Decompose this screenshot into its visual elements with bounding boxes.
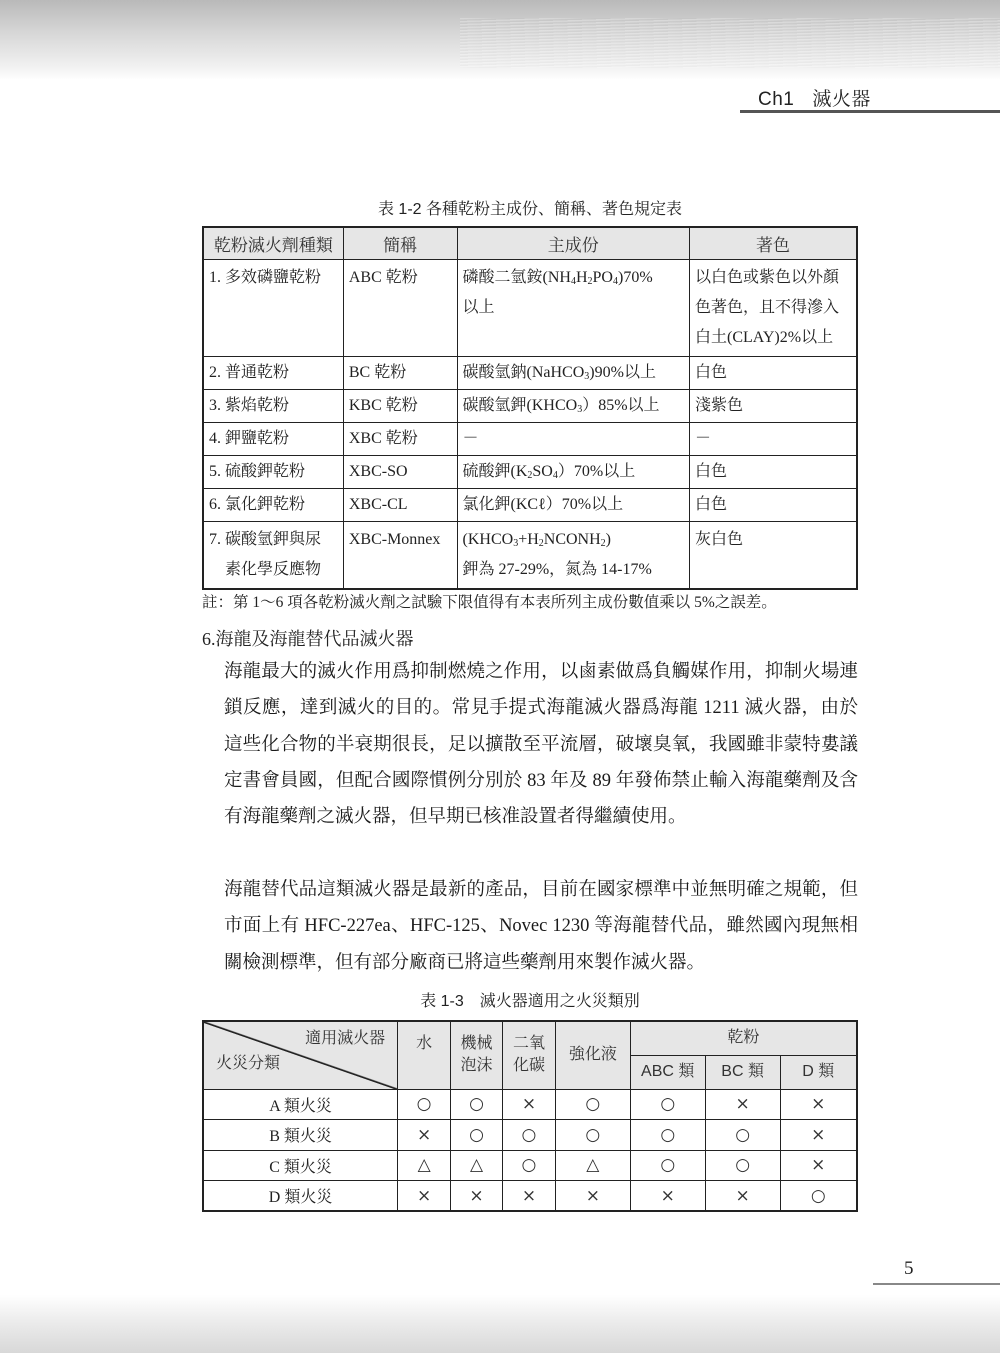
cell-color-line: 以白色或紫色以外顏 xyxy=(695,263,851,293)
chapter-number: Ch1 xyxy=(758,89,794,110)
col-header-component: 主成份 xyxy=(457,227,690,259)
cell-value: △ xyxy=(451,1150,503,1181)
table-row: D 類火災 × × × × × × ○ xyxy=(203,1181,857,1212)
col-header-label: 強化液 xyxy=(569,1046,617,1063)
col-header-label: 泡沫 xyxy=(461,1057,493,1074)
cell-color-line: 色著色，且不得滲入 xyxy=(695,293,851,323)
cell-value: ○ xyxy=(630,1120,705,1151)
col-header-water: 水 xyxy=(398,1021,451,1089)
table-header-row: 適用滅火器 火災分類 水 機械泡沫 二氧化碳 強化液 乾粉 xyxy=(203,1021,857,1055)
cell-value: ○ xyxy=(780,1181,857,1212)
cell-abbr: BC 乾粉 xyxy=(343,356,457,389)
cell-value: × xyxy=(705,1089,780,1120)
col-header-co2: 二氧化碳 xyxy=(502,1021,555,1089)
cell-component: 磷酸二氫銨(NH4H2PO4)70%以上 xyxy=(457,259,690,356)
col-header-label: 水 xyxy=(416,1035,432,1052)
table-header-row: 乾粉滅火劑種類 簡稱 主成份 著色 xyxy=(203,227,857,259)
col-header-color: 著色 xyxy=(690,227,857,259)
cell-color: 白色 xyxy=(690,488,857,521)
table-1-2: 乾粉滅火劑種類 簡稱 主成份 著色 1. 多效磷鹽乾粉 ABC 乾粉 磷酸二氫銨… xyxy=(202,226,858,590)
page-number: 5 xyxy=(904,1258,914,1280)
cell-value: × xyxy=(555,1181,630,1212)
group-header-dry-powder: 乾粉 xyxy=(630,1021,857,1055)
cell-component-line2: 以上 xyxy=(463,299,495,316)
cell-type: 4. 鉀鹽乾粉 xyxy=(203,422,343,455)
cell-value: × xyxy=(502,1181,555,1212)
footer-rule xyxy=(873,1283,1000,1285)
cell-type: 1. 多效磷鹽乾粉 xyxy=(203,259,343,356)
table-row: A 類火災 ○ ○ × ○ ○ × × xyxy=(203,1089,857,1120)
cell-value: × xyxy=(780,1120,857,1151)
col-header-label: 機械 xyxy=(461,1035,493,1052)
row-label: C 類火災 xyxy=(203,1150,398,1181)
cell-component: 氯化鉀(KCℓ）70%以上 xyxy=(457,488,690,521)
row-label: B 類火災 xyxy=(203,1120,398,1151)
cell-abbr: XBC-CL xyxy=(343,488,457,521)
table-note: 註：第 1～6 項各乾粉滅火劑之試驗下限值得有本表所列主成份數值乘以 5%之誤差… xyxy=(202,590,777,612)
cell-abbr: ABC 乾粉 xyxy=(343,259,457,356)
cell-value: × xyxy=(705,1181,780,1212)
col-header-abbr: 簡稱 xyxy=(343,227,457,259)
cell-value: △ xyxy=(398,1150,451,1181)
cell-abbr: XBC 乾粉 xyxy=(343,422,457,455)
section-title: 6.海龍及海龍替代品滅火器 xyxy=(202,625,414,651)
cell-value: ○ xyxy=(705,1150,780,1181)
col-header-label: 化碳 xyxy=(513,1057,545,1074)
row-label: D 類火災 xyxy=(203,1181,398,1212)
col-header-bc: BC 類 xyxy=(705,1055,780,1089)
table-row: 6. 氯化鉀乾粉 XBC-CL 氯化鉀(KCℓ）70%以上 白色 xyxy=(203,488,857,521)
table-1-2-caption: 表 1-2 各種乾粉主成份、簡稱、著色規定表 xyxy=(30,196,1000,219)
cell-value: ○ xyxy=(502,1150,555,1181)
cell-color: 淺紫色 xyxy=(690,389,857,422)
cell-value: ○ xyxy=(451,1120,503,1151)
cell-type: 3. 紫焰乾粉 xyxy=(203,389,343,422)
cell-value: ○ xyxy=(555,1089,630,1120)
col-header-type: 乾粉滅火劑種類 xyxy=(203,227,343,259)
cell-type-line: 7. 碳酸氫鉀與尿 xyxy=(209,525,338,555)
cell-value: × xyxy=(780,1150,857,1181)
cell-color: 灰白色 xyxy=(690,521,857,589)
cell-abbr: XBC-SO xyxy=(343,455,457,488)
cell-abbr: XBC-Monnex xyxy=(343,521,457,589)
cell-value: ○ xyxy=(630,1150,705,1181)
footer-background xyxy=(0,1295,1000,1353)
cell-value: × xyxy=(630,1181,705,1212)
cell-component: (KHCO3+H2NCONH2)鉀為 27-29%，氮為 14-17% xyxy=(457,521,690,589)
table-1-3-caption: 表 1-3 滅火器適用之火災類別 xyxy=(30,988,1000,1011)
header-background xyxy=(0,0,1000,80)
col-header-label: 二氧 xyxy=(513,1035,545,1052)
col-header-abc: ABC 類 xyxy=(630,1055,705,1089)
table-row: B 類火災 × ○ ○ ○ ○ ○ × xyxy=(203,1120,857,1151)
table-row: 4. 鉀鹽乾粉 XBC 乾粉 － － xyxy=(203,422,857,455)
cell-type: 6. 氯化鉀乾粉 xyxy=(203,488,343,521)
table-row: 1. 多效磷鹽乾粉 ABC 乾粉 磷酸二氫銨(NH4H2PO4)70%以上 以白… xyxy=(203,259,857,356)
cell-color: 白色 xyxy=(690,455,857,488)
corner-header-cell: 適用滅火器 火災分類 xyxy=(203,1021,398,1089)
table-row: 2. 普通乾粉 BC 乾粉 碳酸氫鈉(NaHCO3)90%以上 白色 xyxy=(203,356,857,389)
cell-color: 以白色或紫色以外顏 色著色，且不得滲入 白土(CLAY)2%以上 xyxy=(690,259,857,356)
cell-value: ○ xyxy=(630,1089,705,1120)
paragraph: 海龍替代品這類滅火器是最新的產品，目前在國家標準中並無明確之規範，但市面上有 H… xyxy=(224,872,858,981)
table-1-3: 適用滅火器 火災分類 水 機械泡沫 二氧化碳 強化液 乾粉 ABC 類 BC 類… xyxy=(202,1020,858,1212)
cell-color-line: 白土(CLAY)2%以上 xyxy=(695,323,851,353)
cell-type-line: 素化學反應物 xyxy=(209,555,338,585)
cell-value: × xyxy=(780,1089,857,1120)
cell-component: 碳酸氫鈉(NaHCO3)90%以上 xyxy=(457,356,690,389)
cell-value: × xyxy=(502,1089,555,1120)
chapter-title: 滅火器 xyxy=(812,89,871,110)
cell-value: ○ xyxy=(502,1120,555,1151)
col-header-d: D 類 xyxy=(780,1055,857,1089)
cell-component: 碳酸氫鉀(KHCO3）85%以上 xyxy=(457,389,690,422)
corner-label-bottom: 火災分類 xyxy=(216,1053,280,1075)
cell-value: ○ xyxy=(705,1120,780,1151)
row-label: A 類火災 xyxy=(203,1089,398,1120)
cell-type: 2. 普通乾粉 xyxy=(203,356,343,389)
cell-abbr: KBC 乾粉 xyxy=(343,389,457,422)
table-row: C 類火災 △ △ ○ △ ○ ○ × xyxy=(203,1150,857,1181)
cell-value: × xyxy=(398,1120,451,1151)
header-rule xyxy=(740,110,1000,113)
cell-component: － xyxy=(457,422,690,455)
cell-component: 硫酸鉀(K2SO4）70%以上 xyxy=(457,455,690,488)
table-row: 5. 硫酸鉀乾粉 XBC-SO 硫酸鉀(K2SO4）70%以上 白色 xyxy=(203,455,857,488)
cell-color: － xyxy=(690,422,857,455)
cell-type: 7. 碳酸氫鉀與尿 素化學反應物 xyxy=(203,521,343,589)
col-header-foam: 機械泡沫 xyxy=(451,1021,503,1089)
cell-value: ○ xyxy=(398,1089,451,1120)
cell-color: 白色 xyxy=(690,356,857,389)
running-header: Ch1滅火器 xyxy=(758,84,871,111)
cell-component-line2: 鉀為 27-29%，氮為 14-17% xyxy=(463,561,652,578)
cell-value: ○ xyxy=(555,1120,630,1151)
cell-value: × xyxy=(398,1181,451,1212)
col-header-enhanced-liquid: 強化液 xyxy=(555,1021,630,1089)
cell-value: △ xyxy=(555,1150,630,1181)
cell-value: ○ xyxy=(451,1089,503,1120)
cell-value: × xyxy=(451,1181,503,1212)
cell-type: 5. 硫酸鉀乾粉 xyxy=(203,455,343,488)
paragraph: 海龍最大的滅火作用爲抑制燃燒之作用，以鹵素做爲負觸媒作用，抑制火場連鎖反應，達到… xyxy=(224,654,858,835)
table-row: 7. 碳酸氫鉀與尿 素化學反應物 XBC-Monnex (KHCO3+H2NCO… xyxy=(203,521,857,589)
corner-label-top: 適用滅火器 xyxy=(305,1028,385,1050)
table-row: 3. 紫焰乾粉 KBC 乾粉 碳酸氫鉀(KHCO3）85%以上 淺紫色 xyxy=(203,389,857,422)
